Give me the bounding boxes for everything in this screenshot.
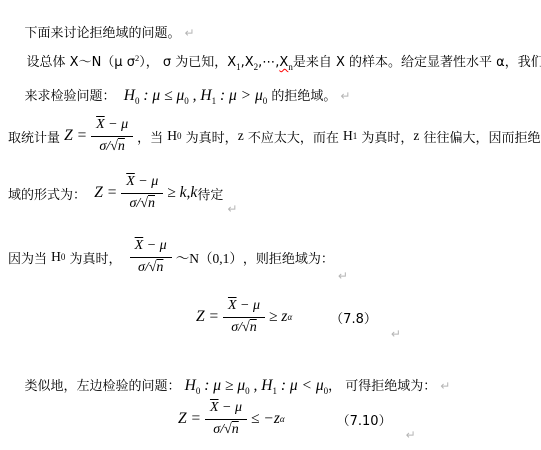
normal-dist-run: ～N（0,1） [176,247,243,267]
radical-icon: √ [140,196,148,211]
statistic-line-2: 域的形式为： Z =X − μσ/√n≥ k,k待定↵ [8,168,237,218]
math-run: : μ ≤ μ [140,87,185,104]
z-equals: Z = [64,127,87,145]
fraction-xbar-formula: X − μσ/√n [223,297,265,336]
then-rejection-text: ，则拒绝域为： [243,248,334,267]
paragraph-mark-icon: ↵ [440,379,450,393]
statistic-line-1: 取统计量 Z =X − μσ/√n，当 H0 为真时，z 不应太大，而在 H1 … [8,110,540,162]
region-form-label: 域的形式为： [8,184,94,203]
equation-number: （7.8） [330,308,377,327]
z-equals: Z = [196,308,219,326]
equation-7-8: Z =X − μσ/√n≥ zα（7.8）↵ [196,291,401,343]
fraction-numerator: X − μ [205,399,247,419]
minus-mu: − μ [135,174,158,189]
setup-text-4: ,⋯, [258,55,279,70]
rejection-region-text: 的拒绝域。 [267,89,336,104]
setup-text-2: ）， σ 为已知，X [139,55,236,70]
xbar: X [210,400,219,415]
xbar: X [126,174,135,189]
paragraph-mark-icon: ↵ [227,202,237,216]
fraction-xbar-formula: X − μσ/√n [121,173,163,212]
math-run: : μ > μ [216,87,263,104]
fraction-xbar-formula: X − μσ/√n [205,399,247,438]
paragraph-mark-icon: ↵ [406,428,416,442]
k-pending-text: 待定 [197,184,223,203]
fraction-denominator: σ/√n [138,258,163,277]
sample-xn: X [279,55,288,70]
hypothesis-h0: H [185,377,196,394]
hypothesis-h1: , H [189,87,212,104]
fraction-denominator: σ/√n [231,318,256,337]
sigma-slash: σ/ [213,422,224,437]
paragraph-mark-icon: ↵ [340,89,350,103]
z-equals: Z = [94,184,117,202]
sigma-slash: σ/ [99,139,110,154]
setup-text-1: 设总体 X～N（μ σ [27,55,135,70]
equation-7-10: Z =X − μσ/√n≤ −zα（7.10）↵ [178,394,416,444]
body-text: 为真时， [182,127,238,146]
z-equals: Z = [178,410,201,428]
similarly-label: 类似地，左边检验的问题： [25,379,185,394]
xbar: X [96,117,105,132]
paragraph-mark-icon: ↵ [391,327,401,341]
rejection-available-text: ， 可得拒绝域为： [328,379,436,394]
leq-negz-run: ≤ −z [251,410,280,428]
radical-icon: √ [224,422,232,437]
h0-roman: H [51,249,61,265]
fraction-xbar-formula: X − μσ/√n [91,116,133,155]
paragraph-mark-icon: ↵ [338,269,348,283]
minus-mu: − μ [219,400,242,415]
fraction-numerator: X − μ [130,237,172,257]
fraction-numerator: X − μ [223,297,265,317]
xbar: X [228,298,237,313]
sigma-slash: σ/ [231,320,242,335]
distribution-line: 因为当 H0 为真时， X − μσ/√n～N（0,1），则拒绝域为：↵ [8,229,348,285]
minus-mu: − μ [143,238,166,253]
because-text: 因为当 [8,248,51,267]
alpha-subscript: α [280,414,285,424]
radical-icon: √ [242,320,250,335]
body-text: 为真时， [357,127,413,146]
body-text: 不应太大，而在 [244,127,343,146]
radicand-n: n [232,422,239,437]
fraction-xbar-formula: X − μσ/√n [130,237,172,276]
statistic-label: 取统计量 [8,127,64,146]
setup-text-3: ,X [241,55,254,70]
document-page: 下面来讨论拒绝域的问题。↵ 设总体 X～N（μ σ2）， σ 为已知，X1,X2… [0,0,541,450]
radicand-n: n [148,196,155,211]
sigma-slash: σ/ [138,260,149,275]
sigma-slash: σ/ [130,196,141,211]
alpha-subscript: α [287,312,292,322]
body-text: ，当 [137,127,167,146]
minus-mu: − μ [105,117,128,132]
spellcheck-underline: Xn [279,55,292,70]
radicand-n: n [156,260,163,275]
minus-mu: − μ [237,298,260,313]
fraction-denominator: σ/√n [99,137,124,156]
h1-roman: H [343,128,353,144]
equation-number: （7.10） [337,410,392,429]
radicand-n: n [118,139,125,154]
radical-icon: √ [110,139,118,154]
geq-k-run: ≥ k,k [167,184,197,202]
math-run: : μ ≥ μ [200,377,245,394]
body-text: 为真时， [65,248,125,267]
fraction-denominator: σ/√n [130,194,155,213]
fraction-numerator: X − μ [121,173,163,193]
xbar: X [135,238,144,253]
geq-z-run: ≥ z [269,308,287,326]
setup-text-5: 是来自 X 的样本。给定显著性水平 α，我们先 [293,55,541,70]
radicand-n: n [250,320,257,335]
math-run: : μ < μ [277,377,324,394]
body-text: 往往偏大，因而拒绝 [419,127,540,146]
fraction-denominator: σ/√n [213,420,238,439]
hypothesis-h1: , H [250,377,273,394]
fraction-numerator: X − μ [91,116,133,136]
test-problem-label: 来求检验问题： [25,89,124,104]
hypothesis-h0: H [124,87,135,104]
h0-roman: H [167,128,177,144]
